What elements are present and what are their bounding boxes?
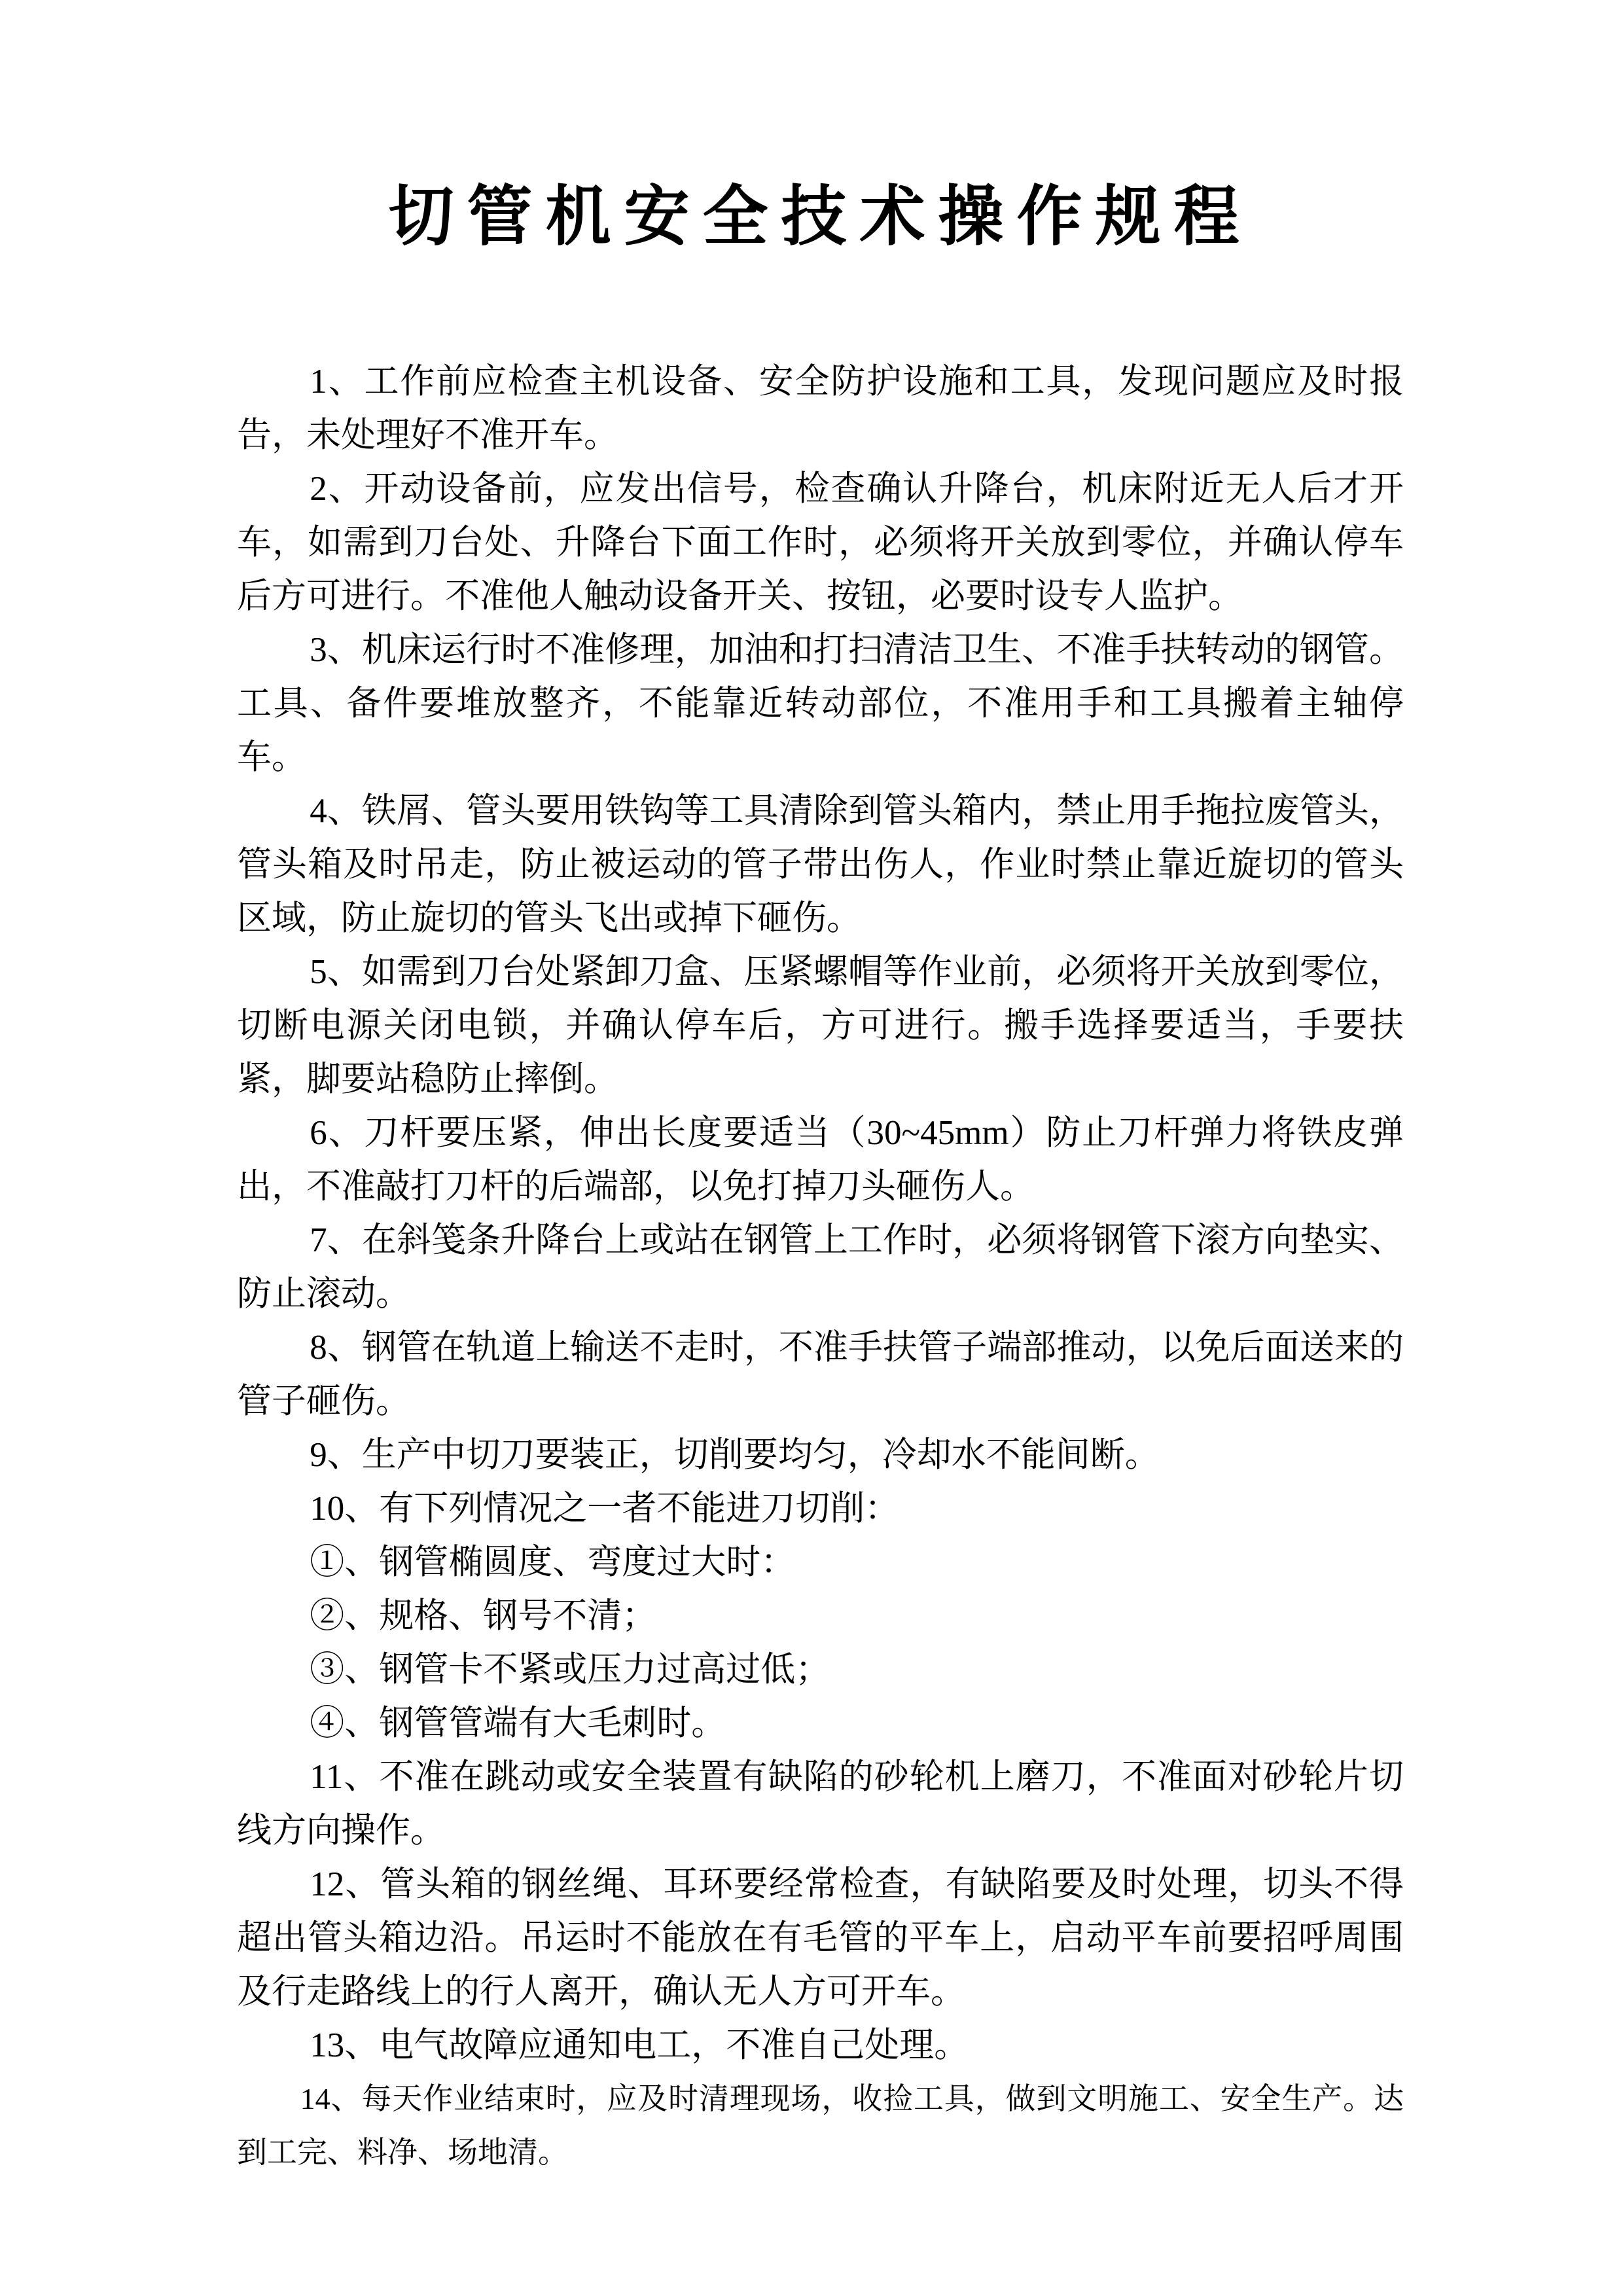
paragraph: 14、每天作业结束时，应及时清理现场，收捡工具，做到文明施工、安全生产。达到工完… [237, 2072, 1404, 2179]
document-body: 1、工作前应检查主机设备、安全防护设施和工具，发现问题应及时报告，未处理好不准开… [237, 355, 1404, 2179]
paragraph: ③、钢管卡不紧或压力过高过低； [237, 1643, 1404, 1696]
paragraph: ①、钢管椭圆度、弯度过大时： [237, 1535, 1404, 1589]
paragraph: 6、刀杆要压紧，伸出长度要适当（30~45mm）防止刀杆弹力将铁皮弹出，不准敲打… [237, 1106, 1404, 1213]
paragraph: 8、钢管在轨道上输送不走时，不准手扶管子端部推动，以免后面送来的管子砸伤。 [237, 1321, 1404, 1428]
paragraph: 10、有下列情况之一者不能进刀切削： [237, 1482, 1404, 1535]
document-title: 切管机安全技术操作规程 [237, 165, 1404, 270]
paragraph: 5、如需到刀台处紧卸刀盒、压紧螺帽等作业前，必须将开关放到零位，切断电源关闭电锁… [237, 945, 1404, 1106]
paragraph: ④、钢管管端有大毛刺时。 [237, 1696, 1404, 1750]
paragraph: 7、在斜笺条升降台上或站在钢管上工作时，必须将钢管下滚方向垫实、防止滚动。 [237, 1213, 1404, 1321]
paragraph: ②、规格、钢号不清； [237, 1589, 1404, 1643]
paragraph: 12、管头箱的钢丝绳、耳环要经常检查，有缺陷要及时处理，切头不得超出管头箱边沿。… [237, 1857, 1404, 2018]
document-page: 切管机安全技术操作规程 1、工作前应检查主机设备、安全防护设施和工具，发现问题应… [0, 0, 1623, 2296]
paragraph: 9、生产中切刀要装正，切削要均匀，冷却水不能间断。 [237, 1428, 1404, 1482]
paragraph: 11、不准在跳动或安全装置有缺陷的砂轮机上磨刀，不准面对砂轮片切线方向操作。 [237, 1750, 1404, 1857]
paragraph: 3、机床运行时不准修理，加油和打扫清洁卫生、不准手扶转动的钢管。工具、备件要堆放… [237, 623, 1404, 784]
paragraph: 4、铁屑、管头要用铁钩等工具清除到管头箱内，禁止用手拖拉废管头，管头箱及时吊走，… [237, 784, 1404, 945]
paragraph: 13、电气故障应通知电工，不准自己处理。 [237, 2018, 1404, 2072]
paragraph: 1、工作前应检查主机设备、安全防护设施和工具，发现问题应及时报告，未处理好不准开… [237, 355, 1404, 462]
paragraph: 2、开动设备前，应发出信号，检查确认升降台，机床附近无人后才开车，如需到刀台处、… [237, 462, 1404, 623]
